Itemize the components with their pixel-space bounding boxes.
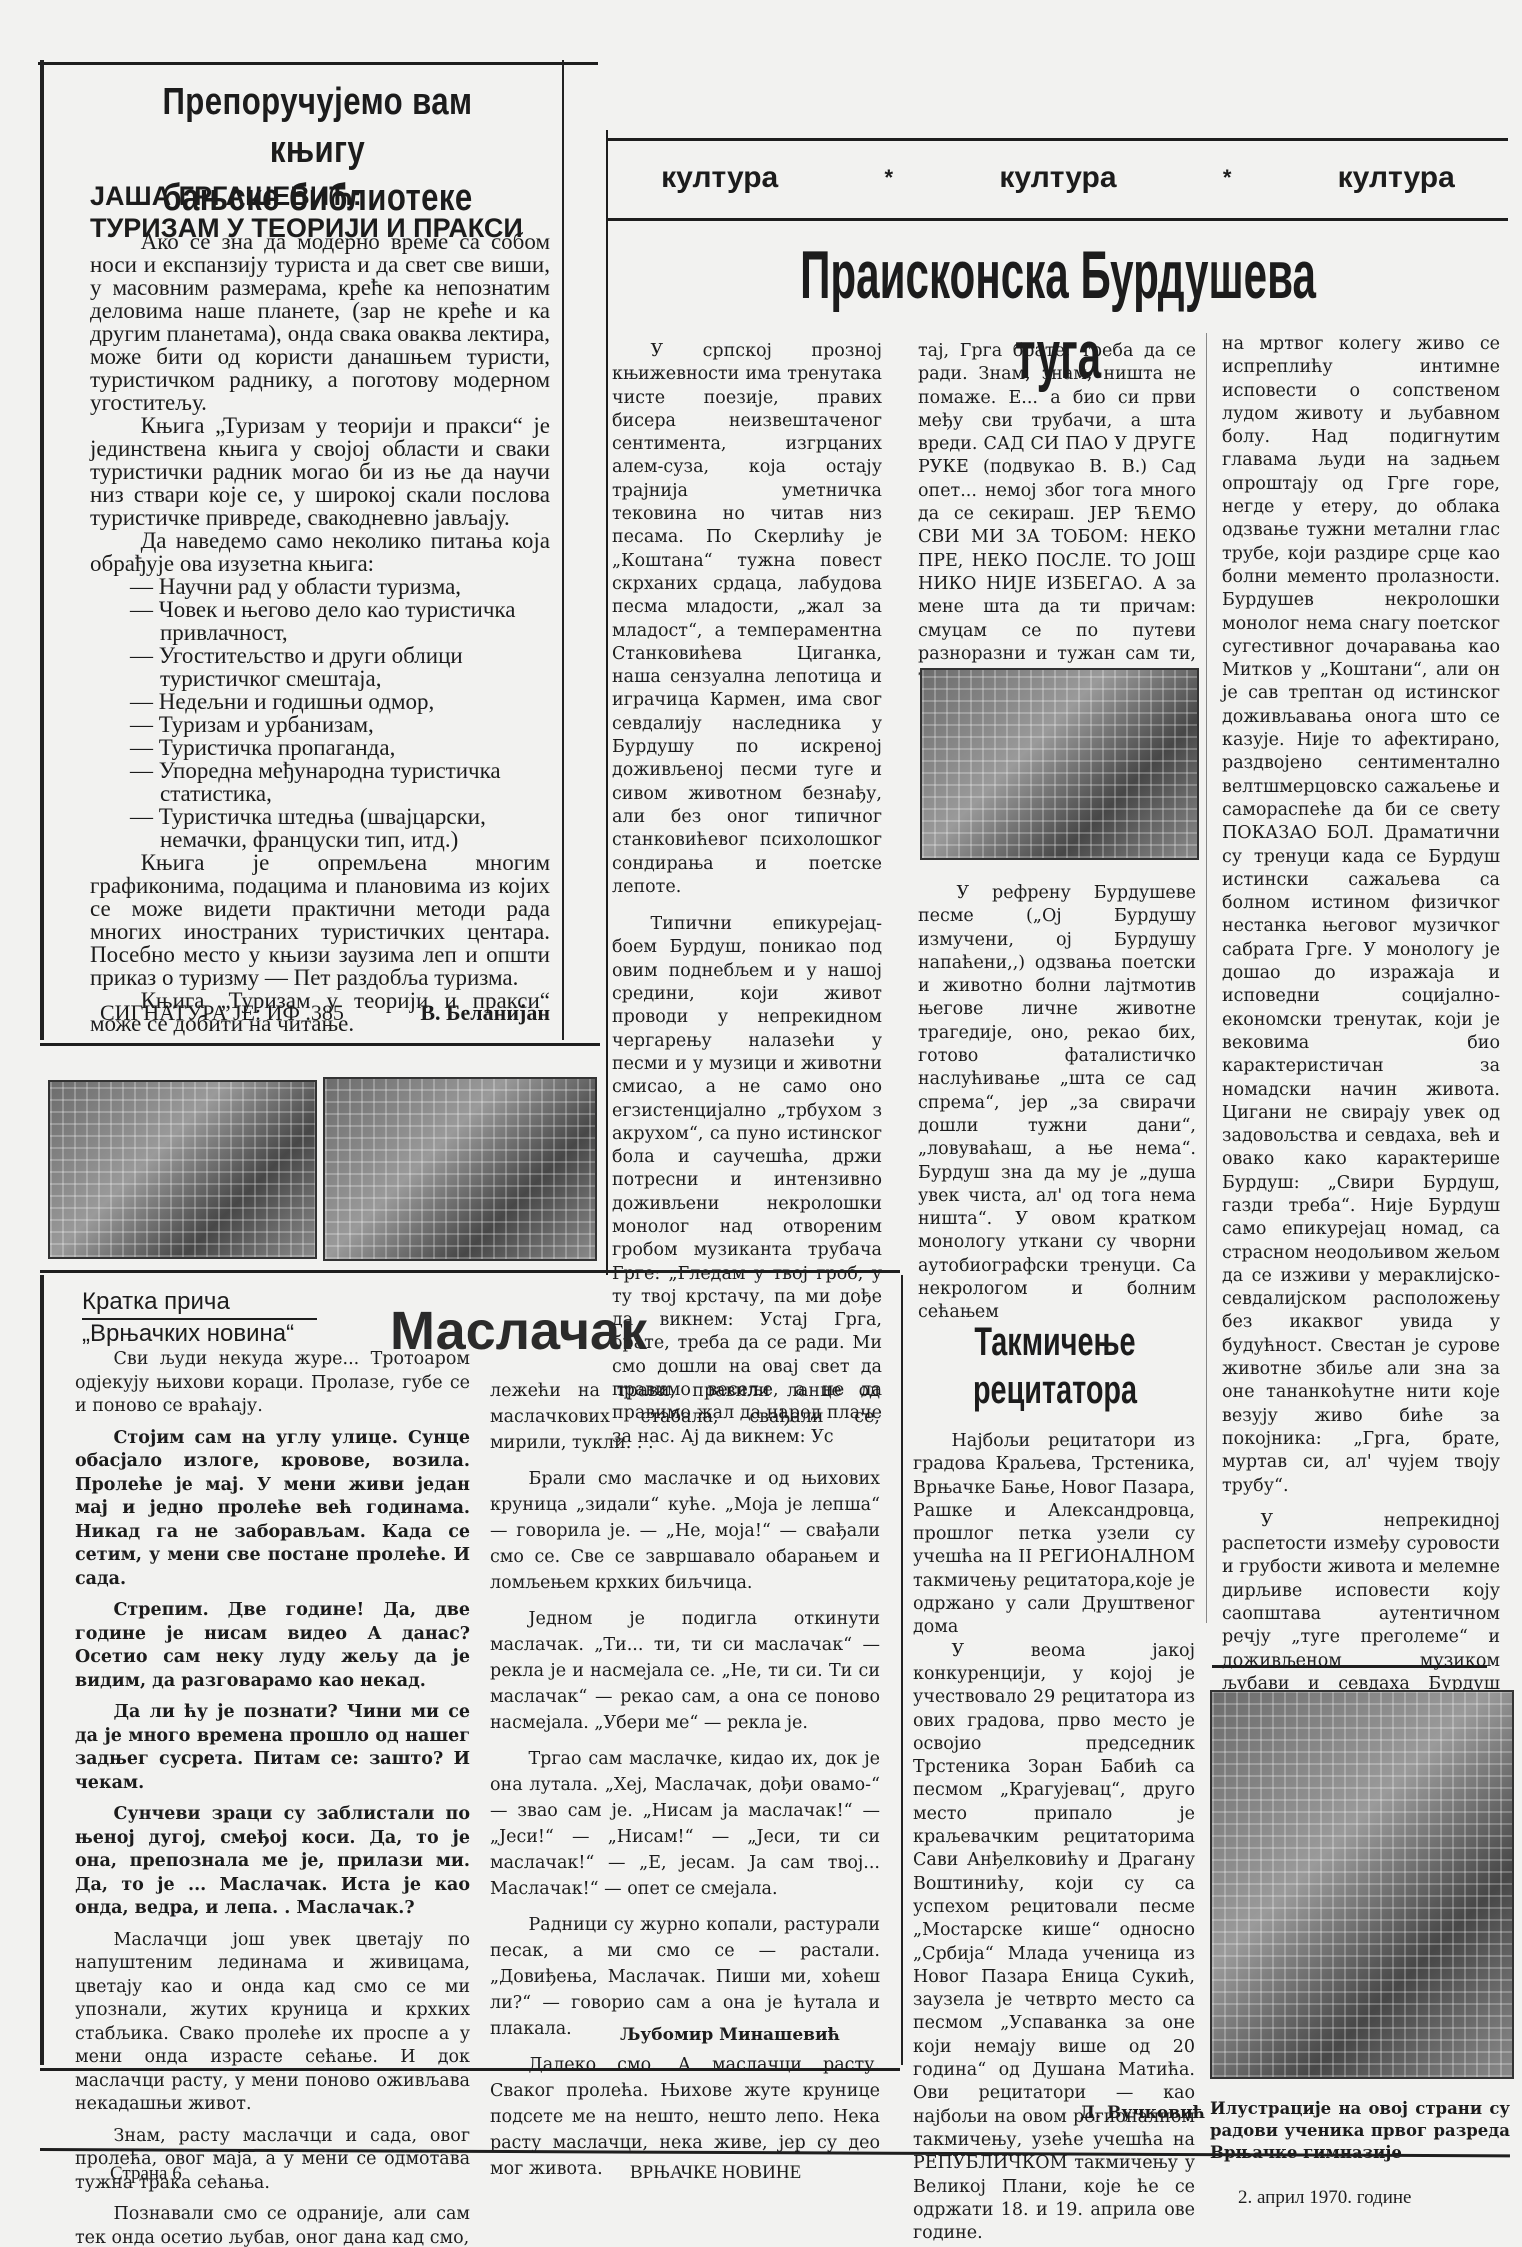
culture-left-rule: [606, 130, 608, 1275]
competition-headline: Такмичење рецитатора: [958, 1318, 1152, 1414]
paragraph: Једном је подигла откинути маслачак. „Ти…: [490, 1606, 880, 1736]
call-number: СИГНАТУРА ЈЕ: ИФ .385: [100, 1000, 344, 1026]
paragraph: Да наведемо само неколико питања која об…: [90, 529, 550, 575]
paragraph: Сви људи некуда журе... Тротоаром одјеку…: [75, 1348, 470, 1419]
book-review-body: Ако се зна да модерно време са собом нос…: [90, 230, 550, 1035]
mosaic-illustration-1: [48, 1080, 317, 1259]
paragraph: Најбољи рецитатори из градова Краљева, Т…: [913, 1430, 1195, 1640]
section-label: култура: [999, 161, 1116, 195]
article-column-3: на мртвог колегу живо се испреплићу инти…: [1222, 333, 1500, 1795]
vase-mosaic-illustration: [1210, 1690, 1514, 2079]
issue-date: 2. април 1970. године: [1238, 2187, 1411, 2209]
paragraph: У рефрену Бурдушеве песме („Ој Бурдушу и…: [918, 882, 1196, 1325]
section-band: култура * култура * култура: [608, 150, 1508, 206]
competition-body: Најбољи рецитатори из градова Краљева, Т…: [913, 1430, 1195, 2245]
story-kicker-source: „Врњачких новина“: [82, 1320, 294, 1348]
mosaic-illustration-2: [323, 1077, 597, 1261]
book-bottom-rule: [40, 1043, 600, 1046]
paragraph: Брали смо маслачке и од њихових круница …: [490, 1466, 880, 1596]
paragraph: Тргао сам маслачке, кидао их, док је она…: [490, 1746, 880, 1902]
section-label: култура: [1338, 161, 1455, 195]
newspaper-name: ВРЊАЧКЕ НОВИНЕ: [630, 2162, 801, 2184]
paragraph: Стојим сам на углу улице. Сунце обасјало…: [75, 1427, 470, 1592]
asterisk-icon: *: [1223, 165, 1232, 191]
list-item: — Туризам и урбанизам,: [130, 713, 550, 736]
author-byline: В. Беланијан: [420, 1000, 550, 1026]
story-bottom-rule: [40, 2068, 900, 2071]
paragraph: Да ли ћу је познати? Чини ми се да је мн…: [75, 1701, 470, 1795]
article-column-2: тај, Грга брате, треба да се ради. Знам,…: [918, 340, 1196, 689]
section-label: култура: [661, 161, 778, 195]
paragraph: Стрепим. Две године! Да, две године је н…: [75, 1599, 470, 1693]
story-column-1: Сви људи некуда журе... Тротоаром одјеку…: [75, 1348, 470, 2247]
article-column-2-continued: У рефрену Бурдушеве песме („Ој Бурдушу и…: [918, 882, 1196, 1325]
author-byline: Д. Вучковић: [1080, 2103, 1205, 2123]
paragraph: У српској прозној књижевности има тренут…: [612, 340, 882, 899]
article-end-rule: [1212, 1665, 1487, 1668]
paragraph: Сунчеви зраци су заблистали по њеној дуг…: [75, 1803, 470, 1921]
paragraph: лежећи на трави, правили ланце од маслач…: [490, 1378, 880, 1456]
author-byline: Љубомир Минашевић: [620, 2025, 840, 2045]
list-item: — Недељни и годишњи одмор,: [130, 690, 550, 713]
topic-list: — Научни рад у области туризма, — Човек …: [90, 575, 550, 851]
list-item: — Научни рад у области туризма,: [130, 575, 550, 598]
list-item: — Угоститељство и други облици туристичк…: [130, 644, 550, 690]
list-item: — Туристичка пропаганда,: [130, 736, 550, 759]
column-divider: [1206, 333, 1207, 1623]
paragraph: тај, Грга брате, треба да се ради. Знам,…: [918, 340, 1196, 689]
story-kicker: Кратка прича: [82, 1288, 230, 1316]
culture-bottom-rule: [608, 218, 1508, 221]
culture-top-rule: [608, 138, 1508, 141]
asterisk-icon: *: [885, 165, 894, 191]
page-number: Страна 6: [110, 2163, 182, 2185]
paragraph: Ако се зна да модерно време са собом нос…: [90, 230, 550, 414]
paragraph: Књига „Туризам у теорији и пракси“ је је…: [90, 414, 550, 529]
flowers-photo: [920, 668, 1199, 860]
list-item: — Упоредна међународна туристичка статис…: [130, 759, 550, 805]
list-item: — Туристичка штедња (швајцарски, немачки…: [130, 805, 550, 851]
book-signature-line: СИГНАТУРА ЈЕ: ИФ .385 В. Беланијан: [100, 1000, 550, 1026]
story-top-rule: [40, 1270, 900, 1273]
paragraph: Радници су журно копали, растурали песак…: [490, 1912, 880, 2042]
list-item: — Човек и његово дело као туристичка при…: [130, 598, 550, 644]
paragraph: Познавали смо се одраније, али сам тек о…: [75, 2203, 470, 2247]
paragraph: Маслачци још увек цветају по напуштеним …: [75, 1929, 470, 2117]
paragraph: Књига је опремљена многим графиконима, п…: [90, 851, 550, 989]
paragraph: на мртвог колегу живо се испреплићу инти…: [1222, 333, 1500, 1498]
